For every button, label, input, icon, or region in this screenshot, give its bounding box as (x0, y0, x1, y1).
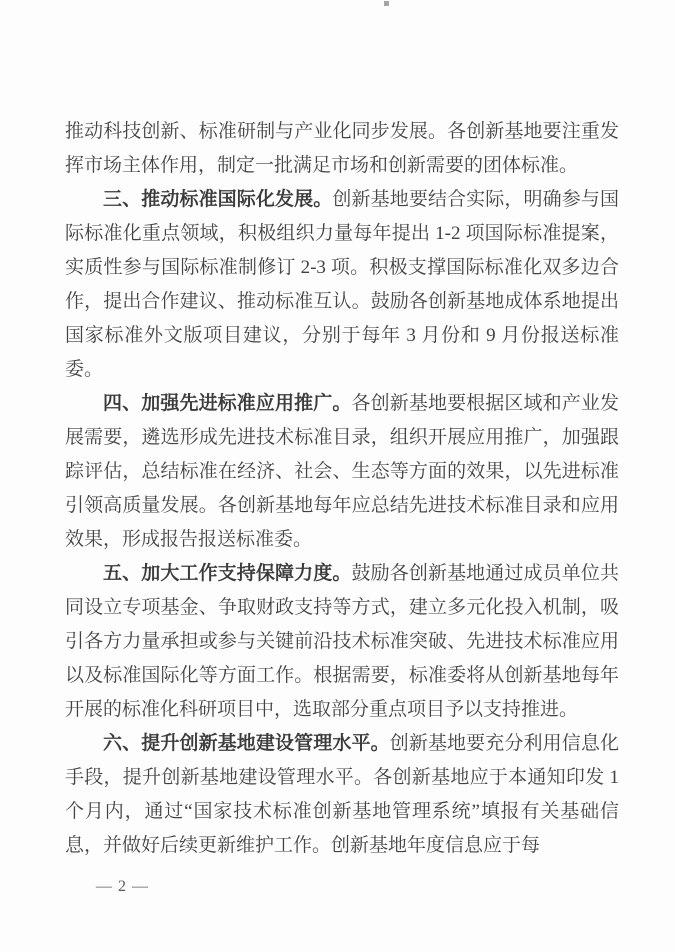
paragraph-text: 创新基地要结合实际，明确参与国际标准化重点领域，积极组织力量每年提出 1-2 项… (65, 189, 619, 380)
paragraph-continuation: 推动科技创新、标准研制与产业化同步发展。各创新基地要注重发挥市场主体作用，制定一… (65, 115, 619, 183)
paragraph-section-4: 四、加强先进标准应用推广。各创新基地要根据区域和产业发展需要，遴选形成先进技术标… (65, 387, 619, 557)
paragraph-section-5: 五、加大工作支持保障力度。鼓励各创新基地通过成员单位共同设立专项基金、争取财政支… (65, 557, 619, 727)
page-number: — 2 — (96, 878, 149, 896)
scanned-document-page: 推动科技创新、标准研制与产业化同步发展。各创新基地要注重发挥市场主体作用，制定一… (0, 0, 675, 952)
section-heading: 六、提升创新基地建设管理水平。 (103, 733, 390, 754)
document-body: 推动科技创新、标准研制与产业化同步发展。各创新基地要注重发挥市场主体作用，制定一… (65, 115, 619, 863)
section-heading: 五、加大工作支持保障力度。 (103, 563, 352, 584)
paragraph-text: 各创新基地要根据区域和产业发展需要，遴选形成先进技术标准目录，组织开展应用推广，… (65, 393, 619, 550)
paragraph-section-6: 六、提升创新基地建设管理水平。创新基地要充分利用信息化手段，提升创新基地建设管理… (65, 727, 619, 863)
paragraph-text: 鼓励各创新基地通过成员单位共同设立专项基金、争取财政支持等方式，建立多元化投入机… (65, 563, 619, 720)
section-heading: 四、加强先进标准应用推广。 (103, 393, 352, 414)
paragraph-text: 推动科技创新、标准研制与产业化同步发展。各创新基地要注重发挥市场主体作用，制定一… (65, 121, 619, 176)
scan-artifact-speck (384, 1, 389, 6)
section-heading: 三、推动标准国际化发展。 (103, 189, 332, 210)
paragraph-section-3: 三、推动标准国际化发展。创新基地要结合实际，明确参与国际标准化重点领域，积极组织… (65, 183, 619, 387)
